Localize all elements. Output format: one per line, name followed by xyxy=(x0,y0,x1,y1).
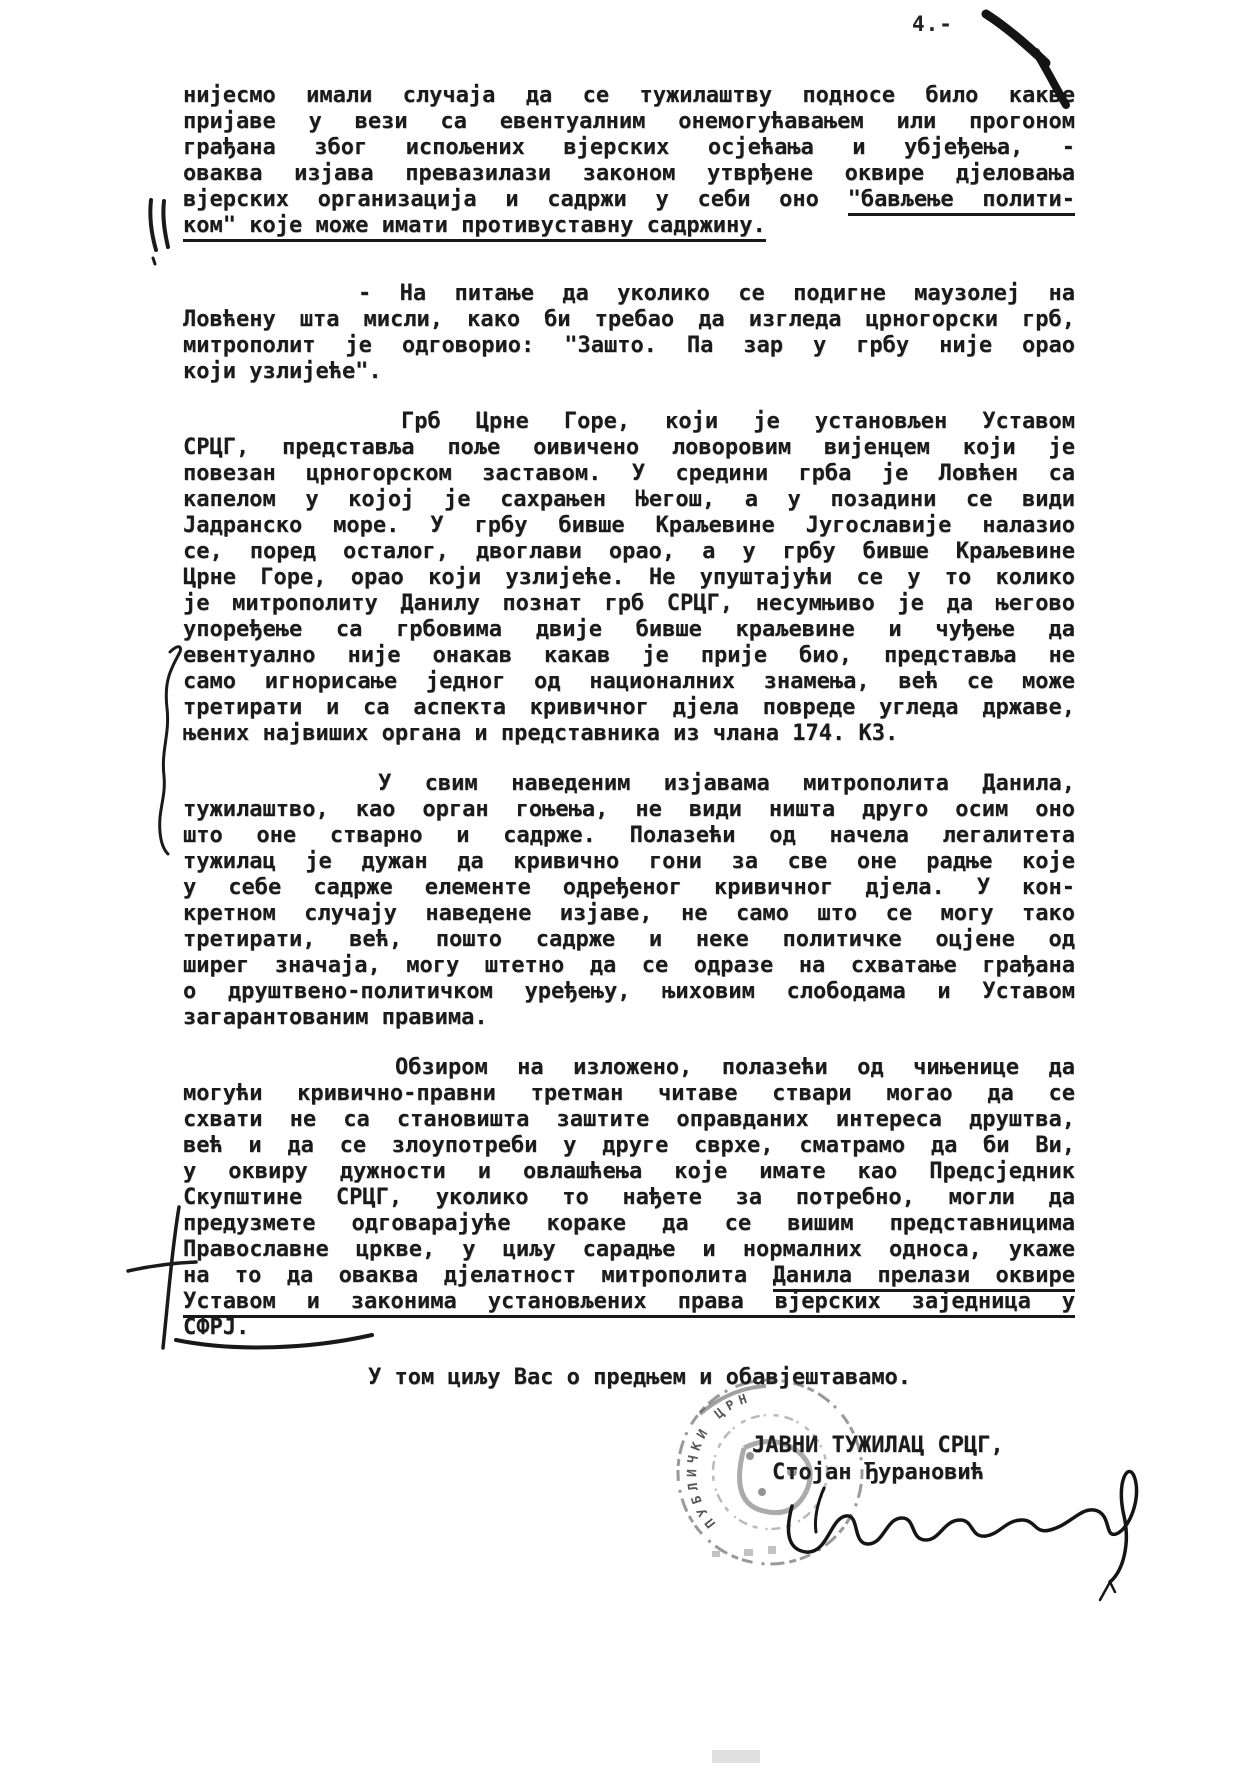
text-segment: - На питање да уколико се подигне маузол… xyxy=(358,281,1075,306)
text-segment: Ловћену шта мисли, како би требао да изг… xyxy=(183,307,1075,332)
text-segment: ширег значаја, могу штетно да се одразе … xyxy=(183,953,1075,978)
text-line: У том циљу Вас о предњем и обавјештавамо… xyxy=(183,1365,1075,1391)
text-line: Православне цркве, у циљу сарадње и норм… xyxy=(183,1237,1075,1263)
text-segment: Обзиром на изложено, полазећи од чињениц… xyxy=(395,1055,1075,1080)
text-segment: на то да оваква дјелатност митрополита xyxy=(183,1263,773,1288)
document-page: 4.- нијесмо имали случаја да се тужилашт… xyxy=(0,0,1234,1766)
text-segment: оваква изјава превазилази законом утврђе… xyxy=(183,161,1075,186)
text-line: оваква изјава превазилази законом утврђе… xyxy=(183,161,1075,187)
text-line: што оне стварно и садрже. Полазећи од на… xyxy=(183,823,1075,849)
text-segment: У том циљу Вас о предњем и обавјештавамо… xyxy=(368,1365,911,1390)
text-segment: схвати не са становишта заштите оправдан… xyxy=(183,1107,1075,1132)
text-segment: Православне цркве, у циљу сарадње и норм… xyxy=(183,1237,1075,1262)
text-segment: упоређење са грбовима двије бивше краљев… xyxy=(183,617,1075,642)
text-line: на то да оваква дјелатност митрополита Д… xyxy=(183,1263,1075,1289)
text-segment: У свим наведеним изјавама митрополита Да… xyxy=(378,771,1075,796)
text-segment: који узлијеће". xyxy=(183,359,382,384)
document-body: нијесмо имали случаја да се тужилаштву п… xyxy=(183,83,1075,1415)
text-line: схвати не са становишта заштите оправдан… xyxy=(183,1107,1075,1133)
text-line: третирати и са аспекта кривичног дјела п… xyxy=(183,695,1075,721)
text-segment: у оквиру дужности и овлашћења које имате… xyxy=(183,1159,1075,1184)
paragraph: Обзиром на изложено, полазећи од чињениц… xyxy=(183,1055,1075,1341)
text-line: СРЦГ, представља поље оивичено ловоровим… xyxy=(183,435,1075,461)
text-segment: третирати, већ, пошто садрже и неке поли… xyxy=(183,927,1075,952)
text-segment: предузмете одговарајуће кораке да се виш… xyxy=(183,1211,1075,1236)
text-segment: о друштвено-политичком уређењу, њиховим … xyxy=(183,979,1075,1004)
text-segment: Јадранско море. У грбу бивше Краљевине Ј… xyxy=(183,513,1075,538)
signature-block: ЈАВНИ ТУЖИЛАЦ СРЦГ, Стојан Ђурановић xyxy=(752,1432,1004,1486)
text-segment: већ и да се злоупотреби у друге сврхе, с… xyxy=(183,1133,1075,1158)
handwritten-signature xyxy=(788,1471,1136,1600)
text-segment: што оне стварно и садрже. Полазећи од на… xyxy=(183,823,1075,848)
text-line: упоређење са грбовима двије бивше краљев… xyxy=(183,617,1075,643)
text-line: већ и да се злоупотреби у друге сврхе, с… xyxy=(183,1133,1075,1159)
text-line: њених највиших органа и представника из … xyxy=(183,721,1075,747)
text-line: је митрополиту Данилу познат грб СРЦГ, н… xyxy=(183,591,1075,617)
text-segment: њених највиших органа и представника из … xyxy=(183,721,898,746)
text-segment: капелом у којој је сахрањен Његош, а у п… xyxy=(183,487,1075,512)
text-line: кретном случају наведене изјаве, не само… xyxy=(183,901,1075,927)
text-segment: евентуално није онакав какав је прије би… xyxy=(183,643,1075,668)
text-segment: загарантованим правима. xyxy=(183,1005,488,1030)
signatory-title: ЈАВНИ ТУЖИЛАЦ СРЦГ, xyxy=(752,1432,1004,1459)
text-line: третирати, већ, пошто садрже и неке поли… xyxy=(183,927,1075,953)
text-line: Црне Горе, орао који узлијеће. Не упушта… xyxy=(183,565,1075,591)
text-segment: СРЦГ, представља поље оивичено ловоровим… xyxy=(183,435,1075,460)
text-line: Ловћену шта мисли, како би требао да изг… xyxy=(183,307,1075,333)
text-line: у оквиру дужности и овлашћења које имате… xyxy=(183,1159,1075,1185)
text-line: пријаве у вези са евентуалним онемогућав… xyxy=(183,109,1075,135)
text-segment: тужилаштво, као орган гоњења, не види ни… xyxy=(183,797,1075,822)
text-line: Обзиром на изложено, полазећи од чињениц… xyxy=(183,1055,1075,1081)
text-segment: вјерских организација и садржи у себи он… xyxy=(183,187,848,212)
text-segment: Црне Горе, орао који узлијеће. Не упушта… xyxy=(183,565,1075,590)
text-line: Скупштине СРЦГ, уколико то нађете за пот… xyxy=(183,1185,1075,1211)
text-line: вјерских организација и садржи у себи он… xyxy=(183,187,1075,213)
text-segment: СФРЈ. xyxy=(183,1315,249,1340)
text-line: загарантованим правима. xyxy=(183,1005,1075,1031)
text-line: у себе садрже елементе одређеног кривичн… xyxy=(183,875,1075,901)
margin-mark-double-stroke xyxy=(150,200,168,264)
text-line: митрополит је одговорио: "Зашто. Па зар … xyxy=(183,333,1075,359)
text-line: само игнорисање једног од националних зн… xyxy=(183,669,1075,695)
text-line: СФРЈ. xyxy=(183,1315,1075,1341)
text-segment: је митрополиту Данилу познат грб СРЦГ, н… xyxy=(183,591,1075,616)
text-segment: третирати и са аспекта кривичног дјела п… xyxy=(183,695,1075,720)
text-line: капелом у којој је сахрањен Његош, а у п… xyxy=(183,487,1075,513)
text-segment: кретном случају наведене изјаве, не само… xyxy=(183,901,1075,926)
signatory-name: Стојан Ђурановић xyxy=(752,1459,1004,1486)
underlined-text: Данила прелази оквире xyxy=(773,1263,1075,1292)
paragraph: - На питање да уколико се подигне маузол… xyxy=(183,281,1075,385)
text-line: ком" које може имати противуставну садрж… xyxy=(183,213,1075,239)
text-line: Уставом и законима установљених права вј… xyxy=(183,1289,1075,1315)
underlined-text: "бављење полити- xyxy=(848,187,1075,216)
text-line: У свим наведеним изјавама митрополита Да… xyxy=(183,771,1075,797)
text-line: тужилац је дужан да кривично гони за све… xyxy=(183,849,1075,875)
text-segment: грађана због испољених вјерских осјећања… xyxy=(183,135,1075,160)
text-segment: у себе садрже елементе одређеног кривичн… xyxy=(183,875,1075,900)
text-line: се, поред осталог, двоглави орао, а у гр… xyxy=(183,539,1075,565)
text-line: грађана због испољених вјерских осјећања… xyxy=(183,135,1075,161)
text-line: повезан црногорском заставом. У средини … xyxy=(183,461,1075,487)
text-line: ширег значаја, могу штетно да се одразе … xyxy=(183,953,1075,979)
scan-artifact xyxy=(712,1750,760,1763)
text-segment: пријаве у вези са евентуалним онемогућав… xyxy=(183,109,1075,134)
text-segment: само игнорисање једног од националних зн… xyxy=(183,669,1075,694)
text-segment: Грб Црне Горе, који је установљен Уставо… xyxy=(401,409,1075,434)
underlined-text: Уставом и законима установљених права вј… xyxy=(183,1289,1075,1318)
text-line: могући кривично-правни третман читаве ст… xyxy=(183,1081,1075,1107)
text-line: Грб Црне Горе, који је установљен Уставо… xyxy=(183,409,1075,435)
text-line: који узлијеће". xyxy=(183,359,1075,385)
text-segment: могући кривично-правни третман читаве ст… xyxy=(183,1081,1075,1106)
text-segment: повезан црногорском заставом. У средини … xyxy=(183,461,1075,486)
text-segment: се, поред осталог, двоглави орао, а у гр… xyxy=(183,539,1075,564)
text-segment: нијесмо имали случаја да се тужилаштву п… xyxy=(183,83,1075,108)
text-line: о друштвено-политичком уређењу, њиховим … xyxy=(183,979,1075,1005)
page-number: 4.- xyxy=(912,12,953,36)
text-line: тужилаштво, као орган гоњења, не види ни… xyxy=(183,797,1075,823)
text-segment: Скупштине СРЦГ, уколико то нађете за пот… xyxy=(183,1185,1075,1210)
paragraph: нијесмо имали случаја да се тужилаштву п… xyxy=(183,83,1075,239)
text-segment: митрополит је одговорио: "Зашто. Па зар … xyxy=(183,333,1075,358)
text-line: Јадранско море. У грбу бивше Краљевине Ј… xyxy=(183,513,1075,539)
text-line: - На питање да уколико се подигне маузол… xyxy=(183,281,1075,307)
text-line: предузмете одговарајуће кораке да се виш… xyxy=(183,1211,1075,1237)
paragraph: Грб Црне Горе, који је установљен Уставо… xyxy=(183,409,1075,747)
paragraph: У свим наведеним изјавама митрополита Да… xyxy=(183,771,1075,1031)
underlined-text: ком" које може имати противуставну садрж… xyxy=(183,213,766,242)
text-line: евентуално није онакав какав је прије би… xyxy=(183,643,1075,669)
margin-mark-curly-line xyxy=(160,647,181,854)
text-line: нијесмо имали случаја да се тужилаштву п… xyxy=(183,83,1075,109)
text-segment: тужилац је дужан да кривично гони за све… xyxy=(183,849,1075,874)
paragraph: У том циљу Вас о предњем и обавјештавамо… xyxy=(183,1365,1075,1391)
